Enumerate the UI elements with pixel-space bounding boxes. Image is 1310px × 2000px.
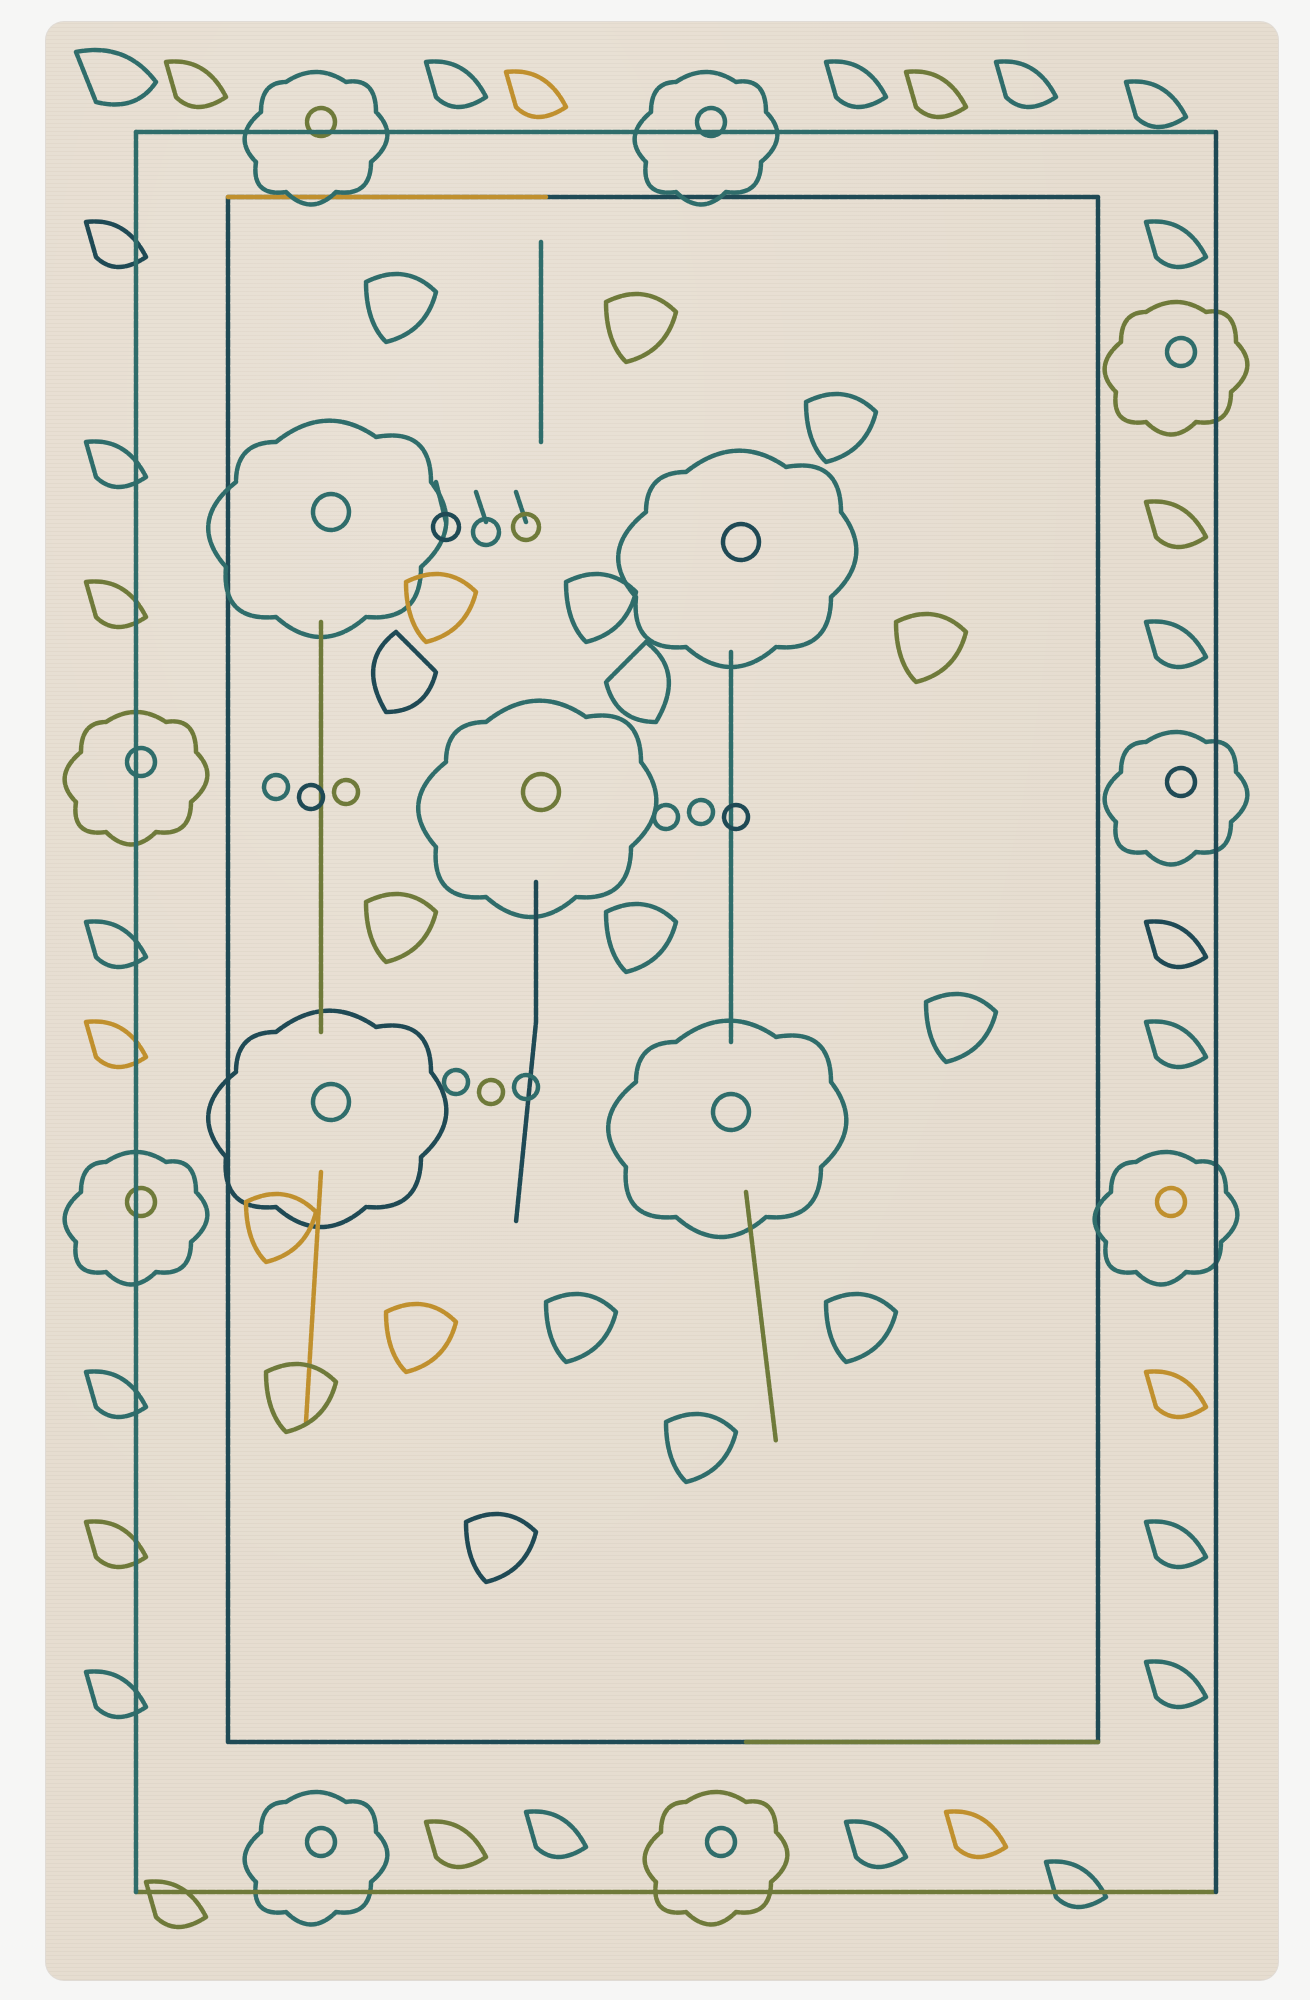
- border-flower: [635, 72, 778, 205]
- floral-pattern: [46, 22, 1278, 1980]
- rug: Ivory rug with teal, green and ochre flo…: [46, 22, 1278, 1980]
- border-flower: [245, 72, 388, 205]
